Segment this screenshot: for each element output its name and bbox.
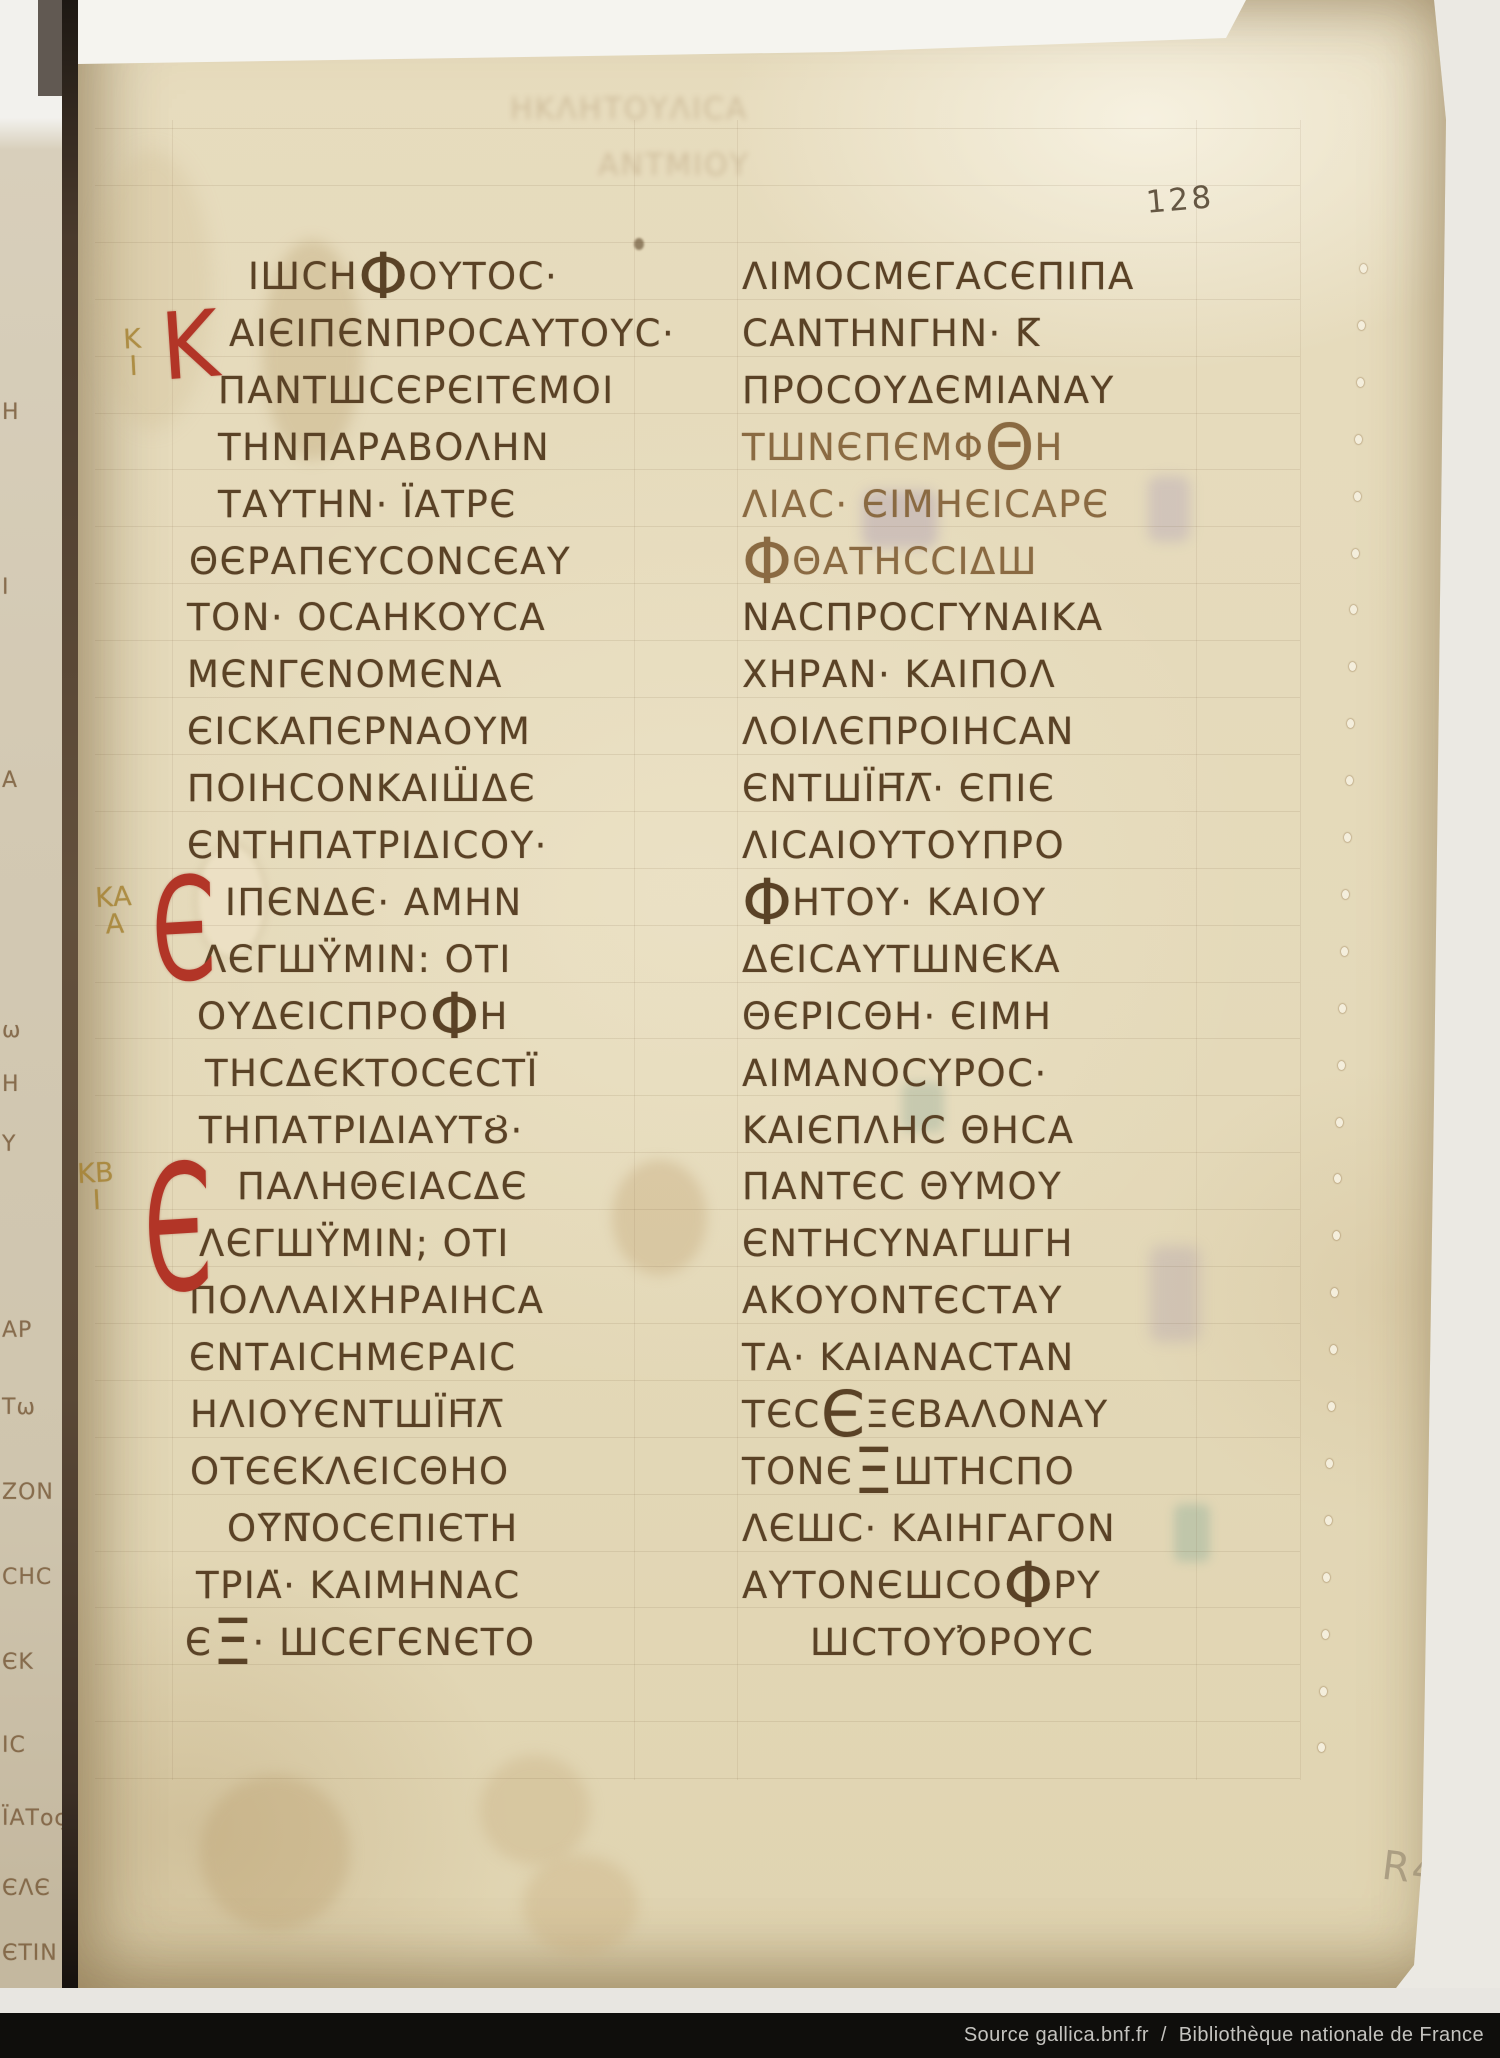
enlarged-letter: Φ <box>1003 1549 1053 1623</box>
text-line: ΔЄΙСΑΥΤШΝЄΚΑ <box>742 938 1061 981</box>
text-line: ΦΗΤΟΥ· ΚΑΙΟΥ <box>742 881 1046 924</box>
prick-dot <box>1336 1118 1343 1127</box>
enlarged-letter: Ξ <box>212 1606 252 1680</box>
page-number: 128 <box>1145 179 1216 221</box>
rule-line-horizontal <box>95 526 1300 527</box>
text-line: ΟΥ̅Ν̅ΟСЄΠΙЄΤΗ <box>227 1507 519 1550</box>
text-line: ΛЄΓШΫΜΙΝ; ΟΤΙ <box>199 1222 510 1265</box>
binding-shadow <box>38 0 62 96</box>
rubricated-initial: Є <box>142 1142 214 1321</box>
text-line: ΤΗΠΑΤΡΙΔΙΑΥΤȢ· <box>199 1109 524 1152</box>
text-line: ΝΑСΠΡΟСΓΥΝΑΙΚΑ <box>742 596 1104 639</box>
stain <box>480 1755 590 1865</box>
rule-line-horizontal <box>95 299 1300 300</box>
rule-line-horizontal <box>95 868 1300 869</box>
stain <box>612 1160 707 1275</box>
rule-line-horizontal <box>95 1152 1300 1153</box>
margin-section-number: Κ Ι <box>123 326 144 381</box>
enlarged-letter: Θ <box>984 411 1034 485</box>
scan-canvas: НΙАωНΥΑΡΤωΖΟΝСΗСЄΚΙСΪΑΤοςЄΛЄЄΤΙΝ ΗΚΛΗΤΟΥ… <box>0 0 1500 2058</box>
rule-line-horizontal <box>95 811 1300 812</box>
text-line: ЄΝΤΑΙСΗΜЄΡΑΙС <box>189 1336 517 1379</box>
text-line: ЄΞ· ШСЄΓЄΝЄΤΟ <box>185 1621 536 1664</box>
text-line: ΑΙΜΑΝΟСΥΡΟС· <box>742 1052 1048 1095</box>
rule-line-horizontal <box>95 469 1300 470</box>
prick-dot <box>1342 890 1349 899</box>
prick-dot <box>1330 1345 1337 1354</box>
prick-dot <box>1352 549 1359 558</box>
rule-line-horizontal <box>95 1209 1300 1210</box>
spine-text-fragment: ΑΡ <box>2 1318 32 1343</box>
rule-line-horizontal <box>95 1380 1300 1381</box>
spine-text-fragment: ω <box>2 1018 21 1043</box>
text-line: ΠΑΛΗΘЄΙΑСΔЄ <box>237 1165 528 1208</box>
prick-dot <box>1357 378 1364 387</box>
spine-text-fragment: ЄΛЄ <box>2 1876 51 1901</box>
text-line: ΠΟΛΛΑΙΧΗΡΑΙΗСΑ <box>189 1279 544 1322</box>
text-line: ΘЄΡΑΠЄΥСΟΝСЄΑΥ <box>189 540 571 583</box>
rule-line-horizontal <box>95 1778 1300 1779</box>
text-line: ΤШΝЄΠЄΜΦΘΗ <box>742 426 1064 469</box>
text-line: ΠΡΟСΟΥΔЄΜΙΑΝΑΥ <box>742 369 1115 412</box>
prick-dot <box>1323 1573 1330 1582</box>
text-line: ΤЄСЄΞЄΒΑΛΟΝΑΥ <box>742 1393 1109 1436</box>
rule-line-horizontal <box>95 356 1300 357</box>
text-line: ΘЄΡΙСΘΗ· ЄΙΜΗ <box>742 995 1052 1038</box>
enlarged-letter: Φ <box>742 866 792 940</box>
prick-dot <box>1325 1516 1332 1525</box>
text-line: ΛЄШС· ΚΑΙΗΓΑΓΟΝ <box>742 1507 1116 1550</box>
spine-text-fragment: СΗС <box>2 1565 52 1590</box>
text-line: ΜЄΝΓЄΝΟΜЄΝΑ <box>187 653 503 696</box>
text-line: ЄΙСΚΑΠЄΡΝΑΟΥΜ <box>187 710 531 753</box>
text-line: ШСΤΟΥὈΡΟΥС <box>810 1621 1094 1664</box>
rule-line-vertical <box>1196 120 1197 1780</box>
rule-line-horizontal <box>95 1551 1300 1552</box>
prick-dot <box>1355 435 1362 444</box>
text-line: ΤΟΝЄΞШΤΗСΠΟ <box>742 1450 1075 1493</box>
text-line: ΤΟΝ· ΟСΑΗΚΟΥСΑ <box>187 596 546 639</box>
text-line: ΠΑΝΤШСЄΡЄΙΤЄΜΟΙ <box>218 369 615 412</box>
rule-line-horizontal <box>95 1038 1300 1039</box>
text-line: ΑΚΟΥΟΝΤЄСΤΑΥ <box>742 1279 1063 1322</box>
prick-dot <box>1331 1288 1338 1297</box>
text-line: ΟΤЄЄΚΛЄΙСΘΗΟ <box>190 1450 510 1493</box>
text-line: ΦΘΑΤΗССΙΔШ <box>742 540 1038 583</box>
prick-dot <box>1358 321 1365 330</box>
rule-line-horizontal <box>95 128 1300 129</box>
rule-line-horizontal <box>95 925 1300 926</box>
text-line: ΛΟΙΛЄΠΡΟΙΗСΑΝ <box>742 710 1075 753</box>
rule-line-horizontal <box>95 982 1300 983</box>
rule-line-horizontal <box>95 1095 1300 1096</box>
corner-shelfmark: R4 <box>1379 1843 1441 1896</box>
spine-text-fragment: Υ <box>2 1132 16 1157</box>
prick-dot <box>1339 1004 1346 1013</box>
rule-line-vertical <box>737 120 738 1780</box>
text-line: ΙШСΗΦΟΥΤΟС· <box>248 255 558 298</box>
bleedthrough-line: ΗΚΛΗΤΟΥΛΙϹΑ <box>510 92 748 127</box>
prick-dot <box>1354 492 1361 501</box>
text-line: ΟΥΔЄΙСΠΡΟΦΗ <box>197 995 509 1038</box>
gallica-footer: Source gallica.bnf.fr / Bibliothèque nat… <box>0 2013 1500 2058</box>
prick-dot <box>1333 1231 1340 1240</box>
enlarged-letter: Φ <box>742 524 792 598</box>
prick-dot <box>1320 1687 1327 1696</box>
prick-dot <box>1350 605 1357 614</box>
text-line: ΤΑΥΤΗΝ· ΪΑΤΡЄ <box>218 483 517 526</box>
facing-page-edge: НΙАωНΥΑΡΤωΖΟΝСΗСЄΚΙСΪΑΤοςЄΛЄЄΤΙΝ <box>0 0 63 1990</box>
book-gutter <box>62 0 78 1990</box>
rule-line-horizontal <box>95 242 1300 243</box>
rubricated-initial: Є <box>150 859 217 1005</box>
rule-line-horizontal <box>95 1721 1300 1722</box>
prick-dot <box>1318 1743 1325 1752</box>
prick-dot <box>1349 662 1356 671</box>
text-line: ΤΗΝΠΑΡΑΒΟΛΗΝ <box>218 426 550 469</box>
rule-line-vertical <box>1300 120 1301 1780</box>
text-line: ΙΠЄΝΔЄ· ΑΜΗΝ <box>225 881 523 924</box>
enlarged-letter: Φ <box>358 240 408 314</box>
rule-line-horizontal <box>95 583 1300 584</box>
stain <box>200 1775 350 1930</box>
spine-text-fragment: ЄΤΙΝ <box>2 1941 58 1966</box>
prick-dot <box>1360 264 1367 273</box>
source-credit: Source gallica.bnf.fr / Bibliothèque nat… <box>964 2013 1484 2058</box>
text-line: ΤΡΙΑ̈· ΚΑΙΜΗΝΑС <box>196 1564 521 1607</box>
page-top-mount <box>78 0 1258 66</box>
stain <box>1150 1246 1200 1342</box>
text-line: ΗΛΙΟΥЄΝΤШΪΗ̅Λ̅ <box>190 1393 504 1436</box>
spine-text-fragment: Τω <box>2 1395 36 1420</box>
rubricated-initial: Κ <box>158 298 222 394</box>
prick-dot <box>1328 1402 1335 1411</box>
stain <box>1148 476 1190 542</box>
text-line: ΤΑ· ΚΑΙΑΝΑСΤΑΝ <box>742 1336 1075 1379</box>
scan-background-strip <box>0 1988 1500 2013</box>
text-line: ΑΥΤΟΝЄШСΟΦΡΥ <box>742 1564 1101 1607</box>
text-line: ЄΝΤΗΠΑΤΡΙΔΙСΟΥ· <box>187 824 548 867</box>
text-line: ΛЄΓШΫΜΙΝ: ΟΤΙ <box>201 938 512 981</box>
rule-line-horizontal <box>95 1664 1300 1665</box>
prick-dot <box>1341 947 1348 956</box>
text-line: ΑΙЄΙΠЄΝΠΡΟСΑΥΤΟΥС· <box>229 312 675 355</box>
spine-text-fragment: Ι <box>2 575 10 600</box>
stain <box>634 238 644 250</box>
text-line: САΝΤΗΝΓΗΝ· Κ̅ <box>742 312 1041 355</box>
rule-line-horizontal <box>95 754 1300 755</box>
prick-dot <box>1322 1630 1329 1639</box>
text-line: ΛΙΑС· ЄΙΜΗЄΙСΑΡЄ <box>742 483 1109 526</box>
rule-line-horizontal <box>95 697 1300 698</box>
text-line: ΠΑΝΤЄС ΘΥΜΟΥ <box>742 1165 1062 1208</box>
prick-dot <box>1326 1459 1333 1468</box>
spine-text-fragment: А <box>2 768 18 793</box>
spine-text-fragment: ΙС <box>2 1733 26 1758</box>
text-line: ΧΗΡΑΝ· ΚΑΙΠΟΛ <box>742 653 1056 696</box>
text-line: ΛΙΜΟСΜЄΓΑСЄΠΙΠΑ <box>742 255 1135 298</box>
rule-line-horizontal <box>95 413 1300 414</box>
margin-section-number: ΚΑ Α <box>95 883 134 939</box>
manuscript-page: ΗΚΛΗΤΟΥΛΙϹΑΑΝΤΜΙΟΥ ΙШСΗΦΟΥΤΟС·ΑΙЄΙΠЄΝΠΡΟ… <box>78 0 1446 1988</box>
text-line: ΛΙСΑΙΟΥΤΟΥΠΡΟ <box>742 824 1065 867</box>
text-line: ЄΝΤΗСΥΝΑΓШΓΗ <box>742 1222 1074 1265</box>
rule-line-horizontal <box>95 1323 1300 1324</box>
prick-dot <box>1346 776 1353 785</box>
bleedthrough-line: ΑΝΤΜΙΟΥ <box>598 148 750 183</box>
rule-line-horizontal <box>95 640 1300 641</box>
stain <box>1174 1504 1210 1562</box>
margin-section-number: ΚΒ Ι <box>78 1159 116 1215</box>
rule-line-horizontal <box>95 185 1300 186</box>
enlarged-letter: Ξ <box>853 1435 893 1509</box>
stain <box>523 1855 638 1955</box>
rule-line-horizontal <box>95 1266 1300 1267</box>
spine-text-fragment: ΖΟΝ <box>2 1480 54 1505</box>
rule-line-horizontal <box>95 1607 1300 1608</box>
prick-dot <box>1347 719 1354 728</box>
spine-text-fragment: Н <box>2 400 20 425</box>
spine-text-fragment: ΪΑΤος <box>2 1806 63 1831</box>
text-line: ΤΗСΔЄΚΤΟСЄСΤΪ <box>205 1052 539 1095</box>
rule-line-vertical <box>634 120 635 1780</box>
text-line: ΚΑΙЄΠΛΗС ΘΗСΑ <box>742 1109 1074 1152</box>
text-line: ΠΟΙΗСΟΝΚΑΙШ̈ΔЄ <box>187 767 536 810</box>
spine-text-fragment: Н <box>2 1072 20 1097</box>
prick-dot <box>1338 1061 1345 1070</box>
spine-text-fragment: ЄΚ <box>2 1650 34 1675</box>
rule-line-horizontal <box>95 1494 1300 1495</box>
rule-line-horizontal <box>95 1437 1300 1438</box>
prick-dot <box>1344 833 1351 842</box>
enlarged-letter: Φ <box>429 980 479 1054</box>
text-line: ЄΝΤШΪΗ̅Λ̅· ЄΠΙЄ <box>742 767 1055 810</box>
prick-dot <box>1334 1174 1341 1183</box>
